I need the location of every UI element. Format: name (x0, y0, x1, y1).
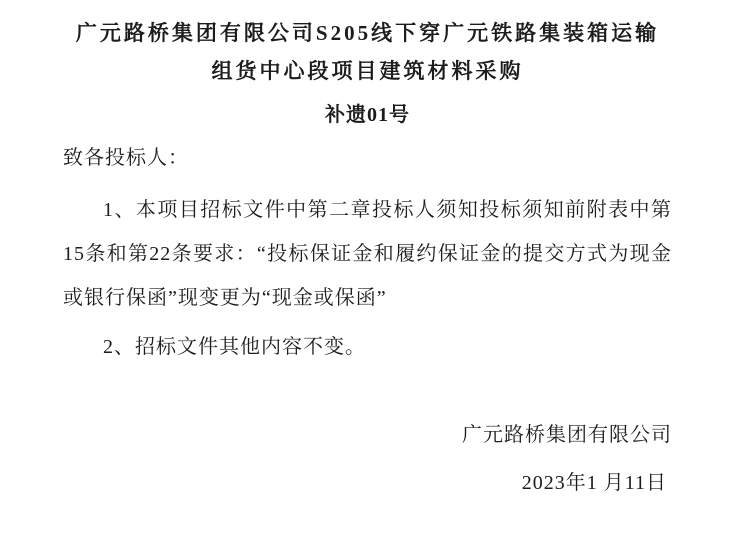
document-title: 广元路桥集团有限公司S205线下穿广元铁路集装箱运输 组货中心段项目建筑材料采购 (63, 14, 672, 90)
salutation-line: 致各投标人： (63, 136, 672, 180)
clause-1: 1、本项目招标文件中第二章投标人须知投标须知前附表中第15条和第22条要求：“投… (63, 188, 672, 320)
signature-date: 2023年1 月11日 (63, 461, 672, 505)
document-page: 广元路桥集团有限公司S205线下穿广元铁路集装箱运输 组货中心段项目建筑材料采购… (0, 0, 735, 553)
document-title-line-1: 广元路桥集团有限公司S205线下穿广元铁路集装箱运输 (63, 14, 672, 52)
clause-2: 2、招标文件其他内容不变。 (63, 325, 672, 369)
document-title-line-2: 组货中心段项目建筑材料采购 (63, 52, 672, 90)
supplement-number-heading: 补遗01号 (63, 100, 672, 130)
signature-company: 广元路桥集团有限公司 (63, 413, 672, 457)
